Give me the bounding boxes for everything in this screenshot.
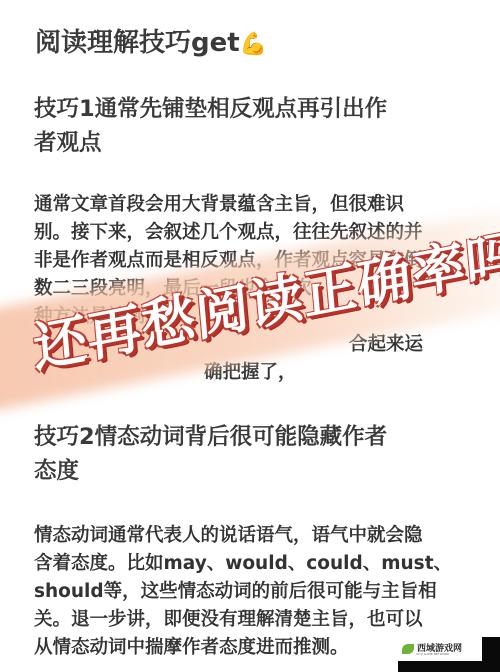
body-line: 通常文章首段会用大背景蕴含主旨，但很难识 xyxy=(34,191,464,219)
heading-line: 者观点 xyxy=(34,126,454,160)
heading-line: 技巧2情态动词背后很可能隐藏作者 xyxy=(34,420,454,454)
tip1-heading: 技巧1通常先铺垫相反观点再引出作 者观点 xyxy=(34,92,454,160)
body-line: 别。接下来，会叙述几个观点，往往先叙述的并 xyxy=(34,219,464,247)
title-text: 阅读理解技巧get xyxy=(35,28,240,58)
body-line: 含着态度。比如may、would、could、must、 xyxy=(34,550,464,578)
tip1-body: 通常文章首段会用大背景蕴含主旨，但很难识 别。接下来，会叙述几个观点，往往先叙述… xyxy=(34,191,464,387)
faint-header-text xyxy=(160,0,340,8)
body-line: 情态动词通常代表人的说话语气，语气中就会隐 xyxy=(34,522,464,550)
body-line: 合起来运 xyxy=(34,331,464,359)
leaf-logo-icon xyxy=(402,644,414,654)
body-line: 数二三段亮明，最后一段也会再次 xyxy=(34,275,464,303)
watermark-subtitle: XIYU GAME NETWORK xyxy=(416,652,449,656)
heading-line: 技巧1通常先铺垫相反观点再引出作 xyxy=(34,92,454,126)
body-line: 确把握了， xyxy=(34,359,464,387)
body-line: 关。退一步讲，即便没有理解清楚主旨，也可以 xyxy=(34,606,464,634)
page-title: 阅读理解技巧get💪 xyxy=(35,26,267,62)
heading-line: 态度 xyxy=(34,454,454,488)
tip2-heading: 技巧2情态动词背后很可能隐藏作者 态度 xyxy=(34,420,454,488)
body-line: should等，这些情态动词的前后很可能与主旨相 xyxy=(34,578,464,606)
flexed-biceps-icon: 💪 xyxy=(240,32,267,57)
body-line: 种方法是读到最后 xyxy=(34,303,464,331)
site-watermark: 西域游戏网 XIYU GAME NETWORK xyxy=(398,637,500,672)
body-line: 非是作者观点而是相反观点，作者观点容易在倒 xyxy=(34,247,464,275)
watermark-badge: 西域游戏网 XIYU GAME NETWORK xyxy=(398,637,482,661)
